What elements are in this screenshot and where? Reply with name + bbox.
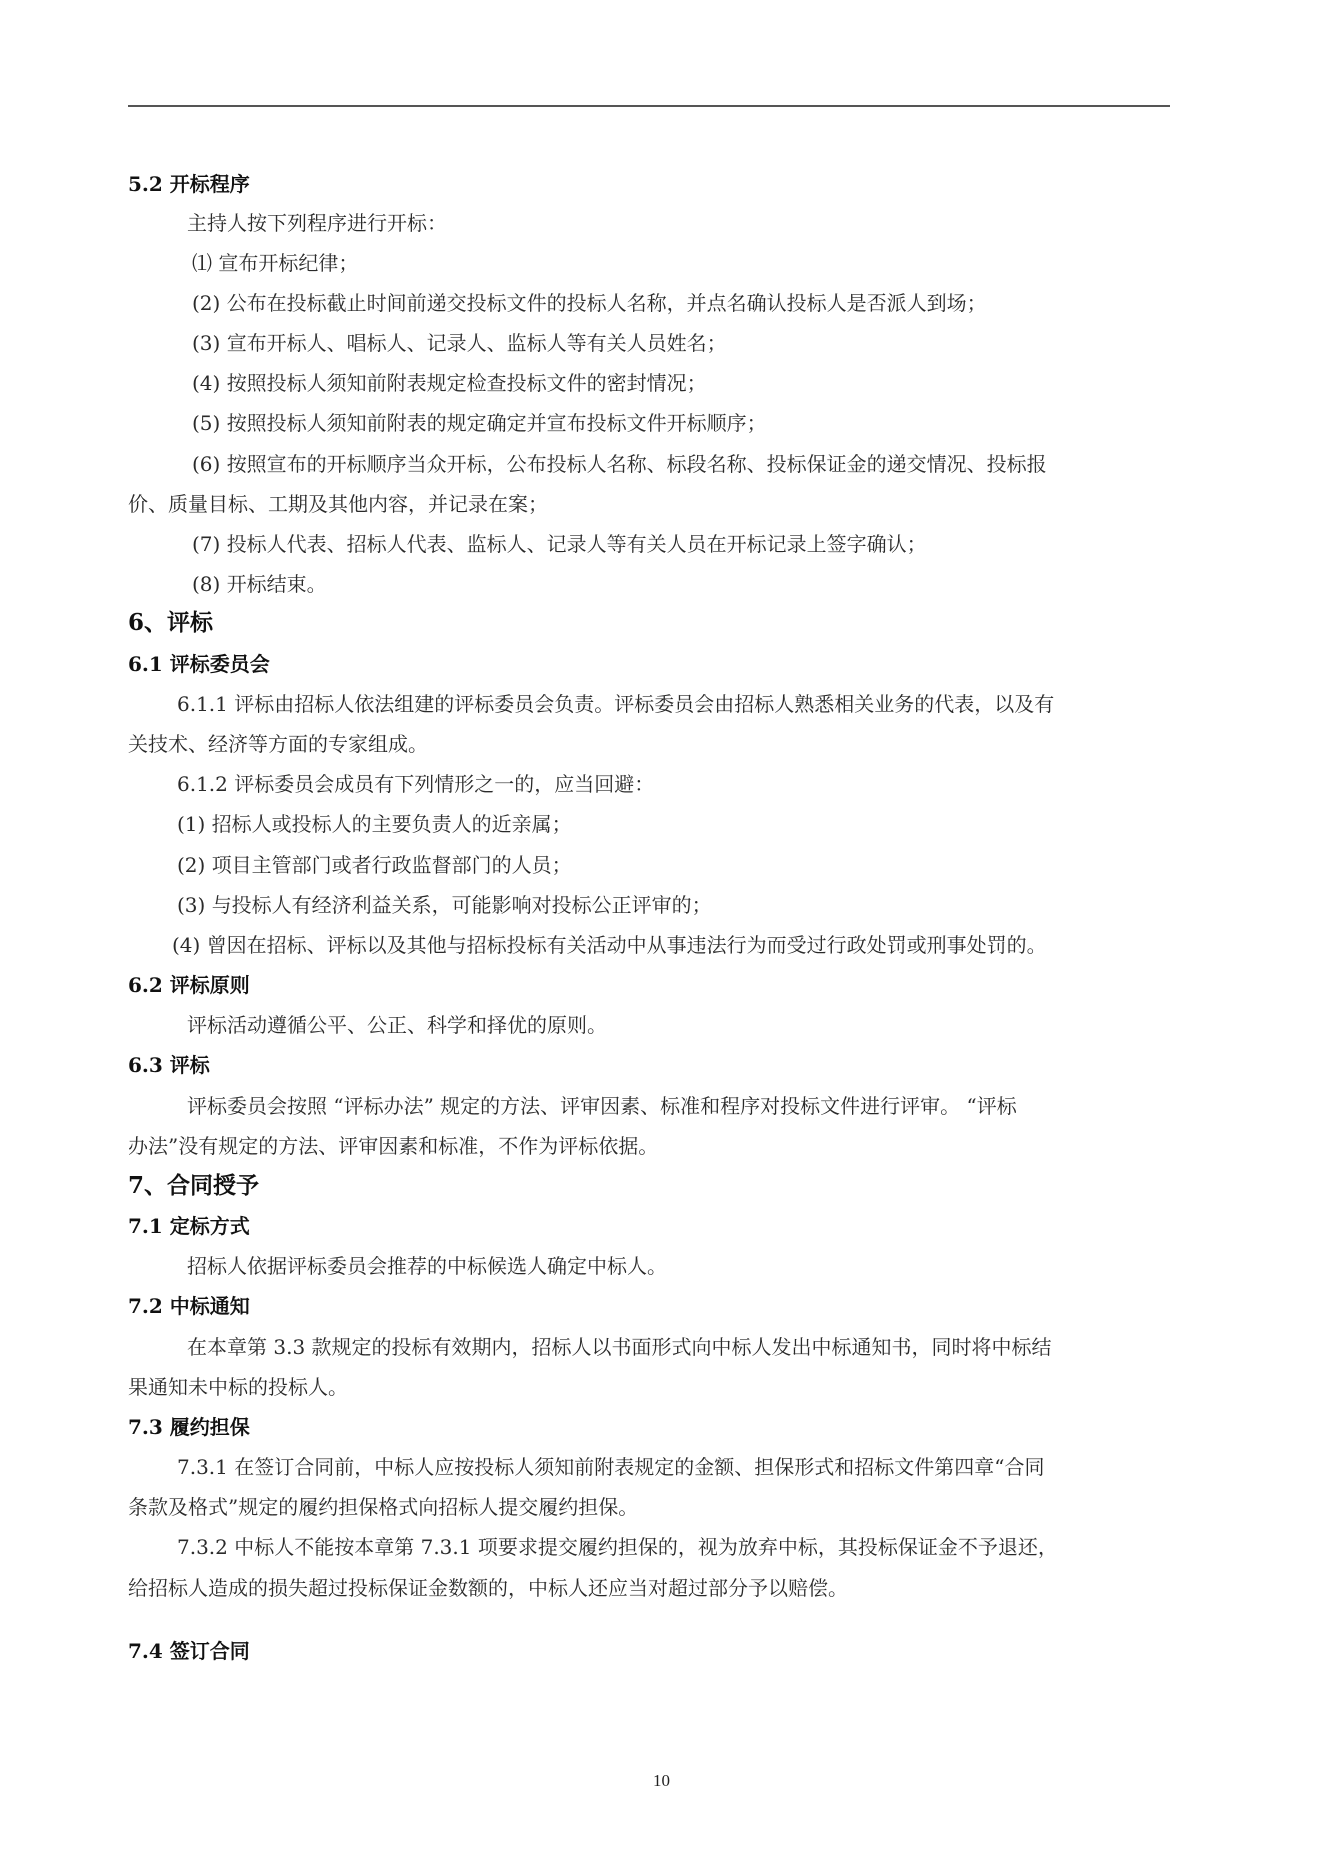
heading-7-1: 7.1 定标方式 (128, 1213, 250, 1239)
paragraph-line: 7.3.1 在签订合同前，中标人应按投标人须知前附表规定的金额、担保形式和招标文… (177, 1454, 1044, 1480)
paragraph-line: 办法”没有规定的方法、评审因素和标准，不作为评标依据。 (128, 1133, 658, 1159)
heading-7-3: 7.3 履约担保 (128, 1414, 250, 1440)
list-item: (5) 按照投标人须知前附表的规定确定并宣布投标文件开标顺序； (192, 410, 767, 436)
paragraph-line: 给招标人造成的损失超过投标保证金数额的，中标人还应当对超过部分予以赔偿。 (128, 1575, 848, 1601)
paragraph-line: 在本章第 3.3 款规定的投标有效期内，招标人以书面形式向中标人发出中标通知书，… (187, 1334, 1052, 1360)
paragraph-line: 6.1.1 评标由招标人依法组建的评标委员会负责。评标委员会由招标人熟悉相关业务… (177, 691, 1054, 717)
heading-7: 7、合同授予 (128, 1173, 259, 1199)
list-item: (3) 与投标人有经济利益关系，可能影响对投标公正评审的； (177, 892, 712, 918)
list-item: (2) 项目主管部门或者行政监督部门的人员； (177, 852, 572, 878)
list-item: (2) 公布在投标截止时间前递交投标文件的投标人名称，并点名确认投标人是否派人到… (192, 290, 987, 316)
heading-6-3: 6.3 评标 (128, 1052, 210, 1078)
paragraph-line: 招标人依据评标委员会推荐的中标候选人确定中标人。 (187, 1253, 667, 1279)
list-item: (3) 宣布开标人、唱标人、记录人、监标人等有关人员姓名； (192, 330, 727, 356)
heading-5-2: 5.2 开标程序 (128, 171, 250, 197)
page-number: 10 (0, 1771, 1323, 1791)
list-item: (1) 招标人或投标人的主要负责人的近亲属； (177, 811, 572, 837)
paragraph-line: 条款及格式”规定的履约担保格式向招标人提交履约担保。 (128, 1494, 638, 1520)
paragraph-line: 6.1.2 评标委员会成员有下列情形之一的，应当回避： (177, 771, 654, 797)
paragraph-line: 7.3.2 中标人不能按本章第 7.3.1 项要求提交履约担保的，视为放弃中标，… (177, 1534, 1058, 1560)
heading-6-1: 6.1 评标委员会 (128, 651, 270, 677)
heading-7-4: 7.4 签订合同 (128, 1638, 250, 1664)
heading-6: 6、评标 (128, 610, 213, 636)
list-item: (7) 投标人代表、招标人代表、监标人、记录人等有关人员在开标记录上签字确认； (192, 531, 927, 557)
heading-7-2: 7.2 中标通知 (128, 1293, 250, 1319)
paragraph-line: 主持人按下列程序进行开标： (187, 210, 447, 236)
list-item: (4) 按照投标人须知前附表规定检查投标文件的密封情况； (192, 370, 707, 396)
list-item: (6) 按照宣布的开标顺序当众开标，公布投标人名称、标段名称、投标保证金的递交情… (192, 451, 1047, 477)
list-item: (4) 曾因在招标、评标以及其他与招标投标有关活动中从事违法行为而受过行政处罚或… (172, 932, 1047, 958)
paragraph-line: 评标委员会按照 “评标办法” 规定的方法、评审因素、标准和程序对投标文件进行评审… (187, 1093, 1017, 1119)
list-item: (8) 开标结束。 (192, 571, 327, 597)
list-item-continuation: 价、质量目标、工期及其他内容，并记录在案； (128, 491, 548, 517)
header-rule (128, 105, 1170, 107)
paragraph-line: 关技术、经济等方面的专家组成。 (128, 731, 428, 757)
paragraph-line: 评标活动遵循公平、公正、科学和择优的原则。 (187, 1012, 607, 1038)
paragraph-line: 果通知未中标的投标人。 (128, 1374, 348, 1400)
list-item: ⑴ 宣布开标纪律； (192, 250, 358, 276)
heading-6-2: 6.2 评标原则 (128, 972, 250, 998)
